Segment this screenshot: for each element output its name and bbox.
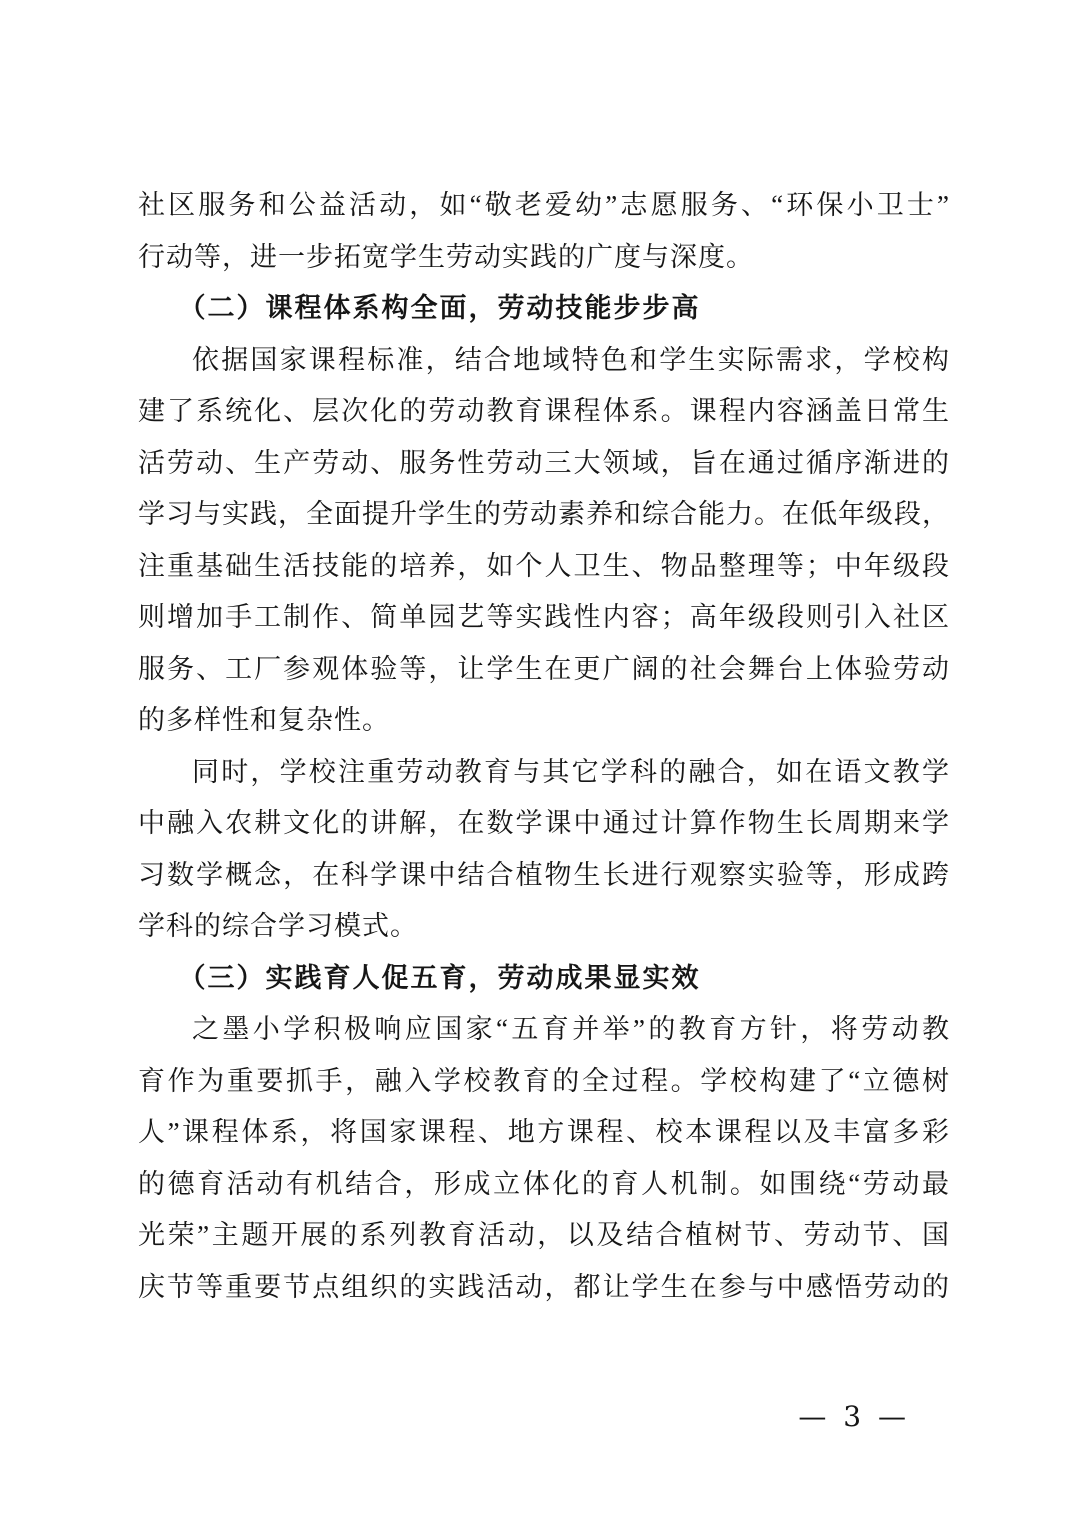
- text-line: 庆节等重要节点组织的实践活动，都让学生在参与中感悟劳动的: [138, 1262, 950, 1314]
- text-line: 习数学概念，在科学课中结合植物生长进行观察实验等，形成跨: [138, 850, 950, 902]
- text-line: 建了系统化、层次化的劳动教育课程体系。课程内容涵盖日常生: [138, 386, 950, 438]
- section-heading: （二）课程体系构全面，劳动技能步步高: [138, 283, 950, 335]
- text-line: 注重基础生活技能的培养，如个人卫生、物品整理等；中年级段: [138, 541, 950, 593]
- text-line: 学习与实践，全面提升学生的劳动素养和综合能力。在低年级段，: [138, 489, 950, 541]
- document-body: 社区服务和公益活动，如“敬老爱幼”志愿服务、“环保小卫士”行动等，进一步拓宽学生…: [138, 180, 950, 1313]
- text-line: 中融入农耕文化的讲解，在数学课中通过计算作物生长周期来学: [138, 798, 950, 850]
- document-page: 社区服务和公益活动，如“敬老爱幼”志愿服务、“环保小卫士”行动等，进一步拓宽学生…: [0, 0, 1080, 1527]
- text-line: 行动等，进一步拓宽学生劳动实践的广度与深度。: [138, 232, 950, 284]
- text-line: 的多样性和复杂性。: [138, 695, 950, 747]
- text-line: 光荣”主题开展的系列教育活动，以及结合植树节、劳动节、国: [138, 1210, 950, 1262]
- text-line: 同时，学校注重劳动教育与其它学科的融合，如在语文教学: [138, 747, 950, 799]
- text-line: 社区服务和公益活动，如“敬老爱幼”志愿服务、“环保小卫士”: [138, 180, 950, 232]
- text-line: 则增加手工制作、简单园艺等实践性内容；高年级段则引入社区: [138, 592, 950, 644]
- text-line: 的德育活动有机结合，形成立体化的育人机制。如围绕“劳动最: [138, 1159, 950, 1211]
- text-line: 学科的综合学习模式。: [138, 901, 950, 953]
- text-line: 人”课程体系，将国家课程、地方课程、校本课程以及丰富多彩: [138, 1107, 950, 1159]
- text-line: 依据国家课程标准，结合地域特色和学生实际需求，学校构: [138, 335, 950, 387]
- section-heading: （三）实践育人促五育，劳动成果显实效: [138, 953, 950, 1005]
- text-line: 育作为重要抓手，融入学校教育的全过程。学校构建了“立德树: [138, 1056, 950, 1108]
- text-line: 之墨小学积极响应国家“五育并举”的教育方针，将劳动教: [138, 1004, 950, 1056]
- text-line: 服务、工厂参观体验等，让学生在更广阔的社会舞台上体验劳动: [138, 644, 950, 696]
- page-number: — 3 —: [0, 1400, 1080, 1433]
- text-line: 活劳动、生产劳动、服务性劳动三大领域，旨在通过循序渐进的: [138, 438, 950, 490]
